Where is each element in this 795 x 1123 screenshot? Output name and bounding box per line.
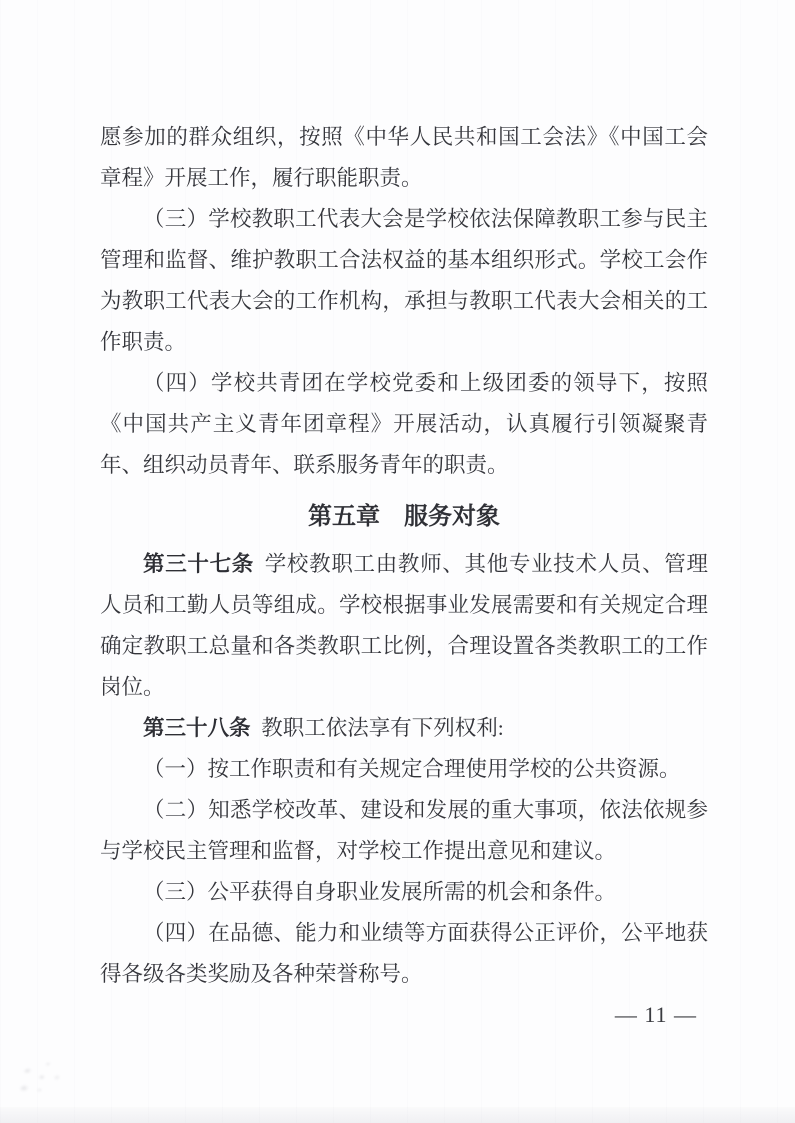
paragraph-right-2: （二）知悉学校改革、建设和发展的重大事项，依法依规参与学校民主管理和监督，对学校… bbox=[100, 790, 708, 872]
article-38-text: 教职工依法享有下列权利: bbox=[261, 716, 503, 740]
page-number: — 11 — bbox=[615, 1002, 697, 1028]
chapter-heading: 第五章 服务对象 bbox=[100, 496, 708, 537]
paragraph-article-37: 第三十七条学校教职工由教师、其他专业技术人员、管理人员和工勤人员等组成。学校根据… bbox=[100, 544, 708, 708]
scan-bottom-edge bbox=[0, 1107, 795, 1123]
ink-smudge-artifact bbox=[8, 1051, 70, 1103]
paragraph-right-1: （一）按工作职责和有关规定合理使用学校的公共资源。 bbox=[100, 749, 708, 790]
paragraph-continuation: 愿参加的群众组织，按照《中华人民共和国工会法》《中国工会章程》开展工作，履行职能… bbox=[100, 117, 708, 199]
paragraph-right-3: （三）公平获得自身职业发展所需的机会和条件。 bbox=[100, 872, 708, 913]
paragraph-item-4: （四）学校共青团在学校党委和上级团委的领导下，按照《中国共产主义青年团章程》开展… bbox=[100, 363, 708, 486]
document-text-body: 愿参加的群众组织，按照《中华人民共和国工会法》《中国工会章程》开展工作，履行职能… bbox=[100, 117, 708, 995]
article-37-label: 第三十七条 bbox=[143, 552, 254, 576]
scanned-document-page: 愿参加的群众组织，按照《中华人民共和国工会法》《中国工会章程》开展工作，履行职能… bbox=[0, 0, 795, 1123]
paragraph-article-38: 第三十八条教职工依法享有下列权利: bbox=[100, 708, 708, 749]
article-38-label: 第三十八条 bbox=[143, 716, 251, 740]
paragraph-right-4: （四）在品德、能力和业绩等方面获得公正评价，公平地获得各级各类奖励及各种荣誉称号… bbox=[100, 913, 708, 995]
paragraph-item-3: （三）学校教职工代表大会是学校依法保障教职工参与民主管理和监督、维护教职工合法权… bbox=[100, 199, 708, 363]
